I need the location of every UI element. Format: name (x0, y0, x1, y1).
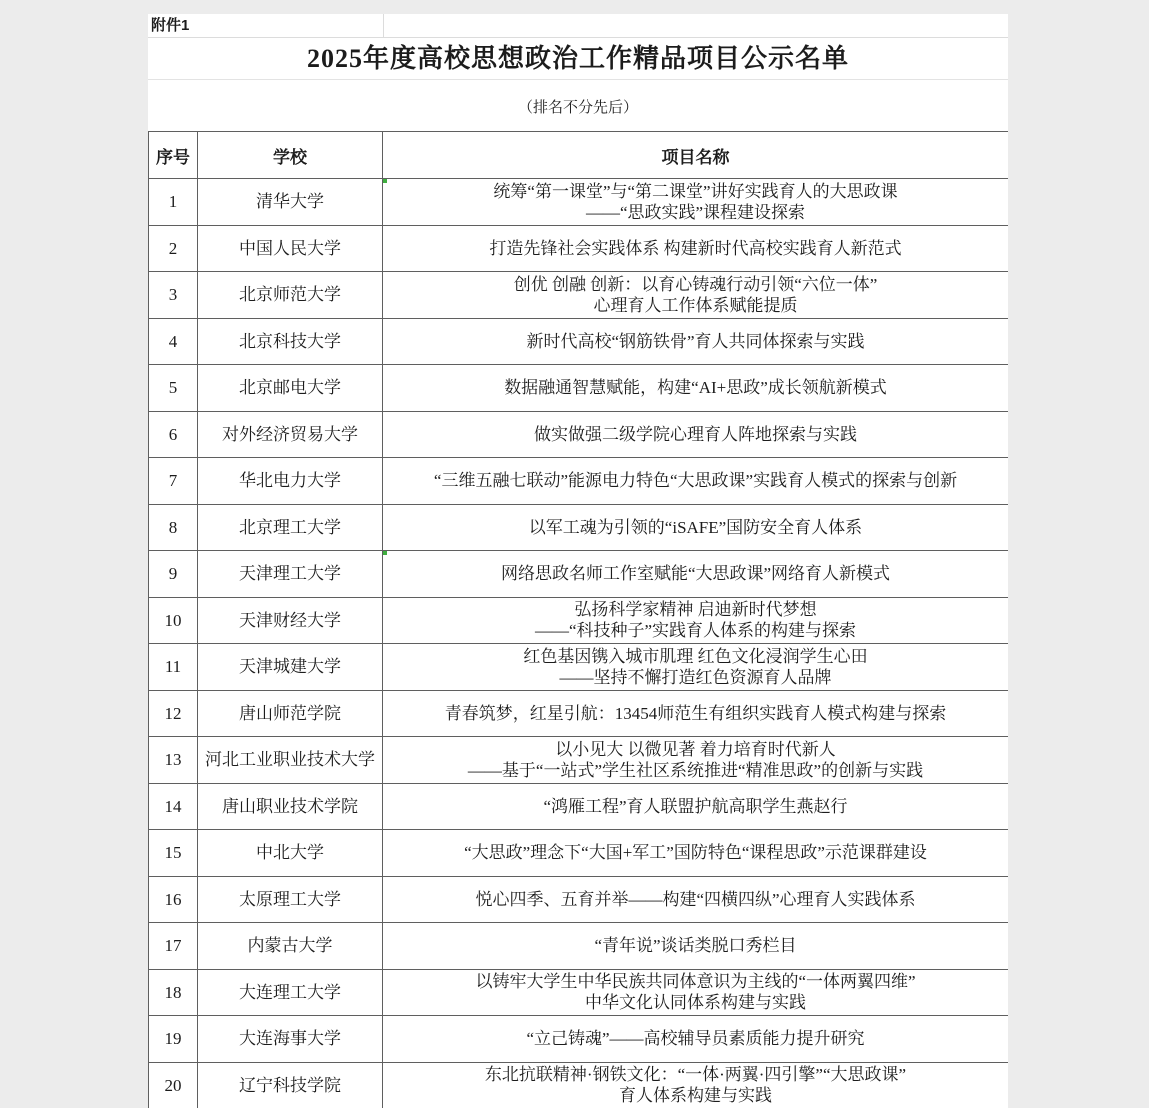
project-name-cell: “鸿雁工程”育人联盟护航高职学生燕赵行 (383, 783, 1009, 830)
table-header-row: 序号 学校 项目名称 (149, 132, 1009, 179)
row-number-cell: 14 (149, 783, 198, 830)
school-cell: 天津城建大学 (198, 644, 383, 691)
project-name-cell: 数据融通智慧赋能，构建“AI+思政”成长领航新模式 (383, 365, 1009, 412)
school-cell: 中国人民大学 (198, 225, 383, 272)
table-row: 16太原理工大学悦心四季、五育并举——构建“四横四纵”心理育人实践体系 (149, 876, 1009, 923)
attachment-label: 附件1 (151, 14, 189, 37)
school-cell: 大连理工大学 (198, 969, 383, 1016)
table-row: 18大连理工大学以铸牢大学生中华民族共同体意识为主线的“一体两翼四维” 中华文化… (149, 969, 1009, 1016)
table-row: 1清华大学统筹“第一课堂”与“第二课堂”讲好实践育人的大思政课 ——“思政实践”… (149, 179, 1009, 226)
project-name-cell: “三维五融七联动”能源电力特色“大思政课”实践育人模式的探索与创新 (383, 458, 1009, 505)
project-name-cell: 青春筑梦，红星引航：13454师范生有组织实践育人模式构建与探索 (383, 690, 1009, 737)
table-row: 12唐山师范学院青春筑梦，红星引航：13454师范生有组织实践育人模式构建与探索 (149, 690, 1009, 737)
header-cell-number: 序号 (149, 132, 198, 179)
attachment-row: 附件1 (148, 14, 1008, 38)
table-row: 11天津城建大学红色基因镌入城市肌理 红色文化浸润学生心田 ——坚持不懈打造红色… (149, 644, 1009, 691)
page-subtitle: （排名不分先后） (518, 100, 638, 116)
table-row: 3北京师范大学创优 创融 创新：以育心铸魂行动引领“六位一体” 心理育人工作体系… (149, 272, 1009, 319)
table-row: 13河北工业职业技术大学以小见大 以微见著 着力培育时代新人 ——基于“一站式”… (149, 737, 1009, 784)
table-row: 10天津财经大学弘扬科学家精神 启迪新时代梦想 ——“科技种子”实践育人体系的构… (149, 597, 1009, 644)
projects-table: 序号 学校 项目名称 1清华大学统筹“第一课堂”与“第二课堂”讲好实践育人的大思… (148, 131, 1008, 1108)
row-number-cell: 3 (149, 272, 198, 319)
school-cell: 太原理工大学 (198, 876, 383, 923)
project-name-cell: 东北抗联精神·钢铁文化：“一体·两翼·四引擎”“大思政课” 育人体系构建与实践 (383, 1062, 1009, 1108)
school-cell: 天津理工大学 (198, 551, 383, 598)
gridline-divider (383, 14, 384, 38)
row-number-cell: 4 (149, 318, 198, 365)
row-number-cell: 20 (149, 1062, 198, 1108)
project-name-cell: “大思政”理念下“大国+军工”国防特色“课程思政”示范课群建设 (383, 830, 1009, 877)
school-cell: 唐山师范学院 (198, 690, 383, 737)
school-cell: 内蒙古大学 (198, 923, 383, 970)
project-name-cell: “青年说”谈话类脱口秀栏目 (383, 923, 1009, 970)
project-name-cell: “立己铸魂”——高校辅导员素质能力提升研究 (383, 1016, 1009, 1063)
project-name-cell: 红色基因镌入城市肌理 红色文化浸润学生心田 ——坚持不懈打造红色资源育人品牌 (383, 644, 1009, 691)
row-number-cell: 7 (149, 458, 198, 505)
row-number-cell: 18 (149, 969, 198, 1016)
row-number-cell: 5 (149, 365, 198, 412)
row-number-cell: 1 (149, 179, 198, 226)
school-cell: 北京理工大学 (198, 504, 383, 551)
project-name-cell: 弘扬科学家精神 启迪新时代梦想 ——“科技种子”实践育人体系的构建与探索 (383, 597, 1009, 644)
project-name-cell: 统筹“第一课堂”与“第二课堂”讲好实践育人的大思政课 ——“思政实践”课程建设探… (383, 179, 1009, 226)
table-row: 20辽宁科技学院东北抗联精神·钢铁文化：“一体·两翼·四引擎”“大思政课” 育人… (149, 1062, 1009, 1108)
school-cell: 北京科技大学 (198, 318, 383, 365)
school-cell: 辽宁科技学院 (198, 1062, 383, 1108)
row-number-cell: 9 (149, 551, 198, 598)
header-cell-project: 项目名称 (383, 132, 1009, 179)
row-number-cell: 17 (149, 923, 198, 970)
school-cell: 大连海事大学 (198, 1016, 383, 1063)
table-row: 15中北大学“大思政”理念下“大国+军工”国防特色“课程思政”示范课群建设 (149, 830, 1009, 877)
school-cell: 清华大学 (198, 179, 383, 226)
school-cell: 河北工业职业技术大学 (198, 737, 383, 784)
school-cell: 北京师范大学 (198, 272, 383, 319)
project-name-cell: 新时代高校“钢筋铁骨”育人共同体探索与实践 (383, 318, 1009, 365)
row-number-cell: 16 (149, 876, 198, 923)
subtitle-row: （排名不分先后） (148, 80, 1008, 131)
project-name-cell: 悦心四季、五育并举——构建“四横四纵”心理育人实践体系 (383, 876, 1009, 923)
page-title: 2025年度高校思想政治工作精品项目公示名单 (307, 44, 849, 73)
school-cell: 华北电力大学 (198, 458, 383, 505)
row-number-cell: 19 (149, 1016, 198, 1063)
school-cell: 天津财经大学 (198, 597, 383, 644)
table-row: 6对外经济贸易大学做实做强二级学院心理育人阵地探索与实践 (149, 411, 1009, 458)
project-name-cell: 网络思政名师工作室赋能“大思政课”网络育人新模式 (383, 551, 1009, 598)
header-cell-school: 学校 (198, 132, 383, 179)
cell-note-dot (383, 179, 387, 183)
project-name-cell: 以铸牢大学生中华民族共同体意识为主线的“一体两翼四维” 中华文化认同体系构建与实… (383, 969, 1009, 1016)
table-row: 2中国人民大学打造先锋社会实践体系 构建新时代高校实践育人新范式 (149, 225, 1009, 272)
row-number-cell: 2 (149, 225, 198, 272)
table-row: 9天津理工大学网络思政名师工作室赋能“大思政课”网络育人新模式 (149, 551, 1009, 598)
school-cell: 北京邮电大学 (198, 365, 383, 412)
row-number-cell: 12 (149, 690, 198, 737)
school-cell: 对外经济贸易大学 (198, 411, 383, 458)
row-number-cell: 11 (149, 644, 198, 691)
project-name-cell: 以军工魂为引领的“iSAFE”国防安全育人体系 (383, 504, 1009, 551)
table-row: 8北京理工大学以军工魂为引领的“iSAFE”国防安全育人体系 (149, 504, 1009, 551)
table-row: 5北京邮电大学数据融通智慧赋能，构建“AI+思政”成长领航新模式 (149, 365, 1009, 412)
school-cell: 中北大学 (198, 830, 383, 877)
project-name-cell: 以小见大 以微见著 着力培育时代新人 ——基于“一站式”学生社区系统推进“精准思… (383, 737, 1009, 784)
row-number-cell: 10 (149, 597, 198, 644)
table-row: 7华北电力大学“三维五融七联动”能源电力特色“大思政课”实践育人模式的探索与创新 (149, 458, 1009, 505)
table-row: 4北京科技大学新时代高校“钢筋铁骨”育人共同体探索与实践 (149, 318, 1009, 365)
document-page: 附件1 2025年度高校思想政治工作精品项目公示名单 （排名不分先后） 序号 学… (148, 14, 1008, 1108)
project-name-cell: 打造先锋社会实践体系 构建新时代高校实践育人新范式 (383, 225, 1009, 272)
project-name-cell: 做实做强二级学院心理育人阵地探索与实践 (383, 411, 1009, 458)
row-number-cell: 6 (149, 411, 198, 458)
row-number-cell: 13 (149, 737, 198, 784)
cell-note-dot (383, 551, 387, 555)
row-number-cell: 15 (149, 830, 198, 877)
project-name-cell: 创优 创融 创新：以育心铸魂行动引领“六位一体” 心理育人工作体系赋能提质 (383, 272, 1009, 319)
school-cell: 唐山职业技术学院 (198, 783, 383, 830)
table-row: 17内蒙古大学“青年说”谈话类脱口秀栏目 (149, 923, 1009, 970)
row-number-cell: 8 (149, 504, 198, 551)
title-row: 2025年度高校思想政治工作精品项目公示名单 (148, 38, 1008, 80)
table-row: 14唐山职业技术学院“鸿雁工程”育人联盟护航高职学生燕赵行 (149, 783, 1009, 830)
table-row: 19大连海事大学“立己铸魂”——高校辅导员素质能力提升研究 (149, 1016, 1009, 1063)
